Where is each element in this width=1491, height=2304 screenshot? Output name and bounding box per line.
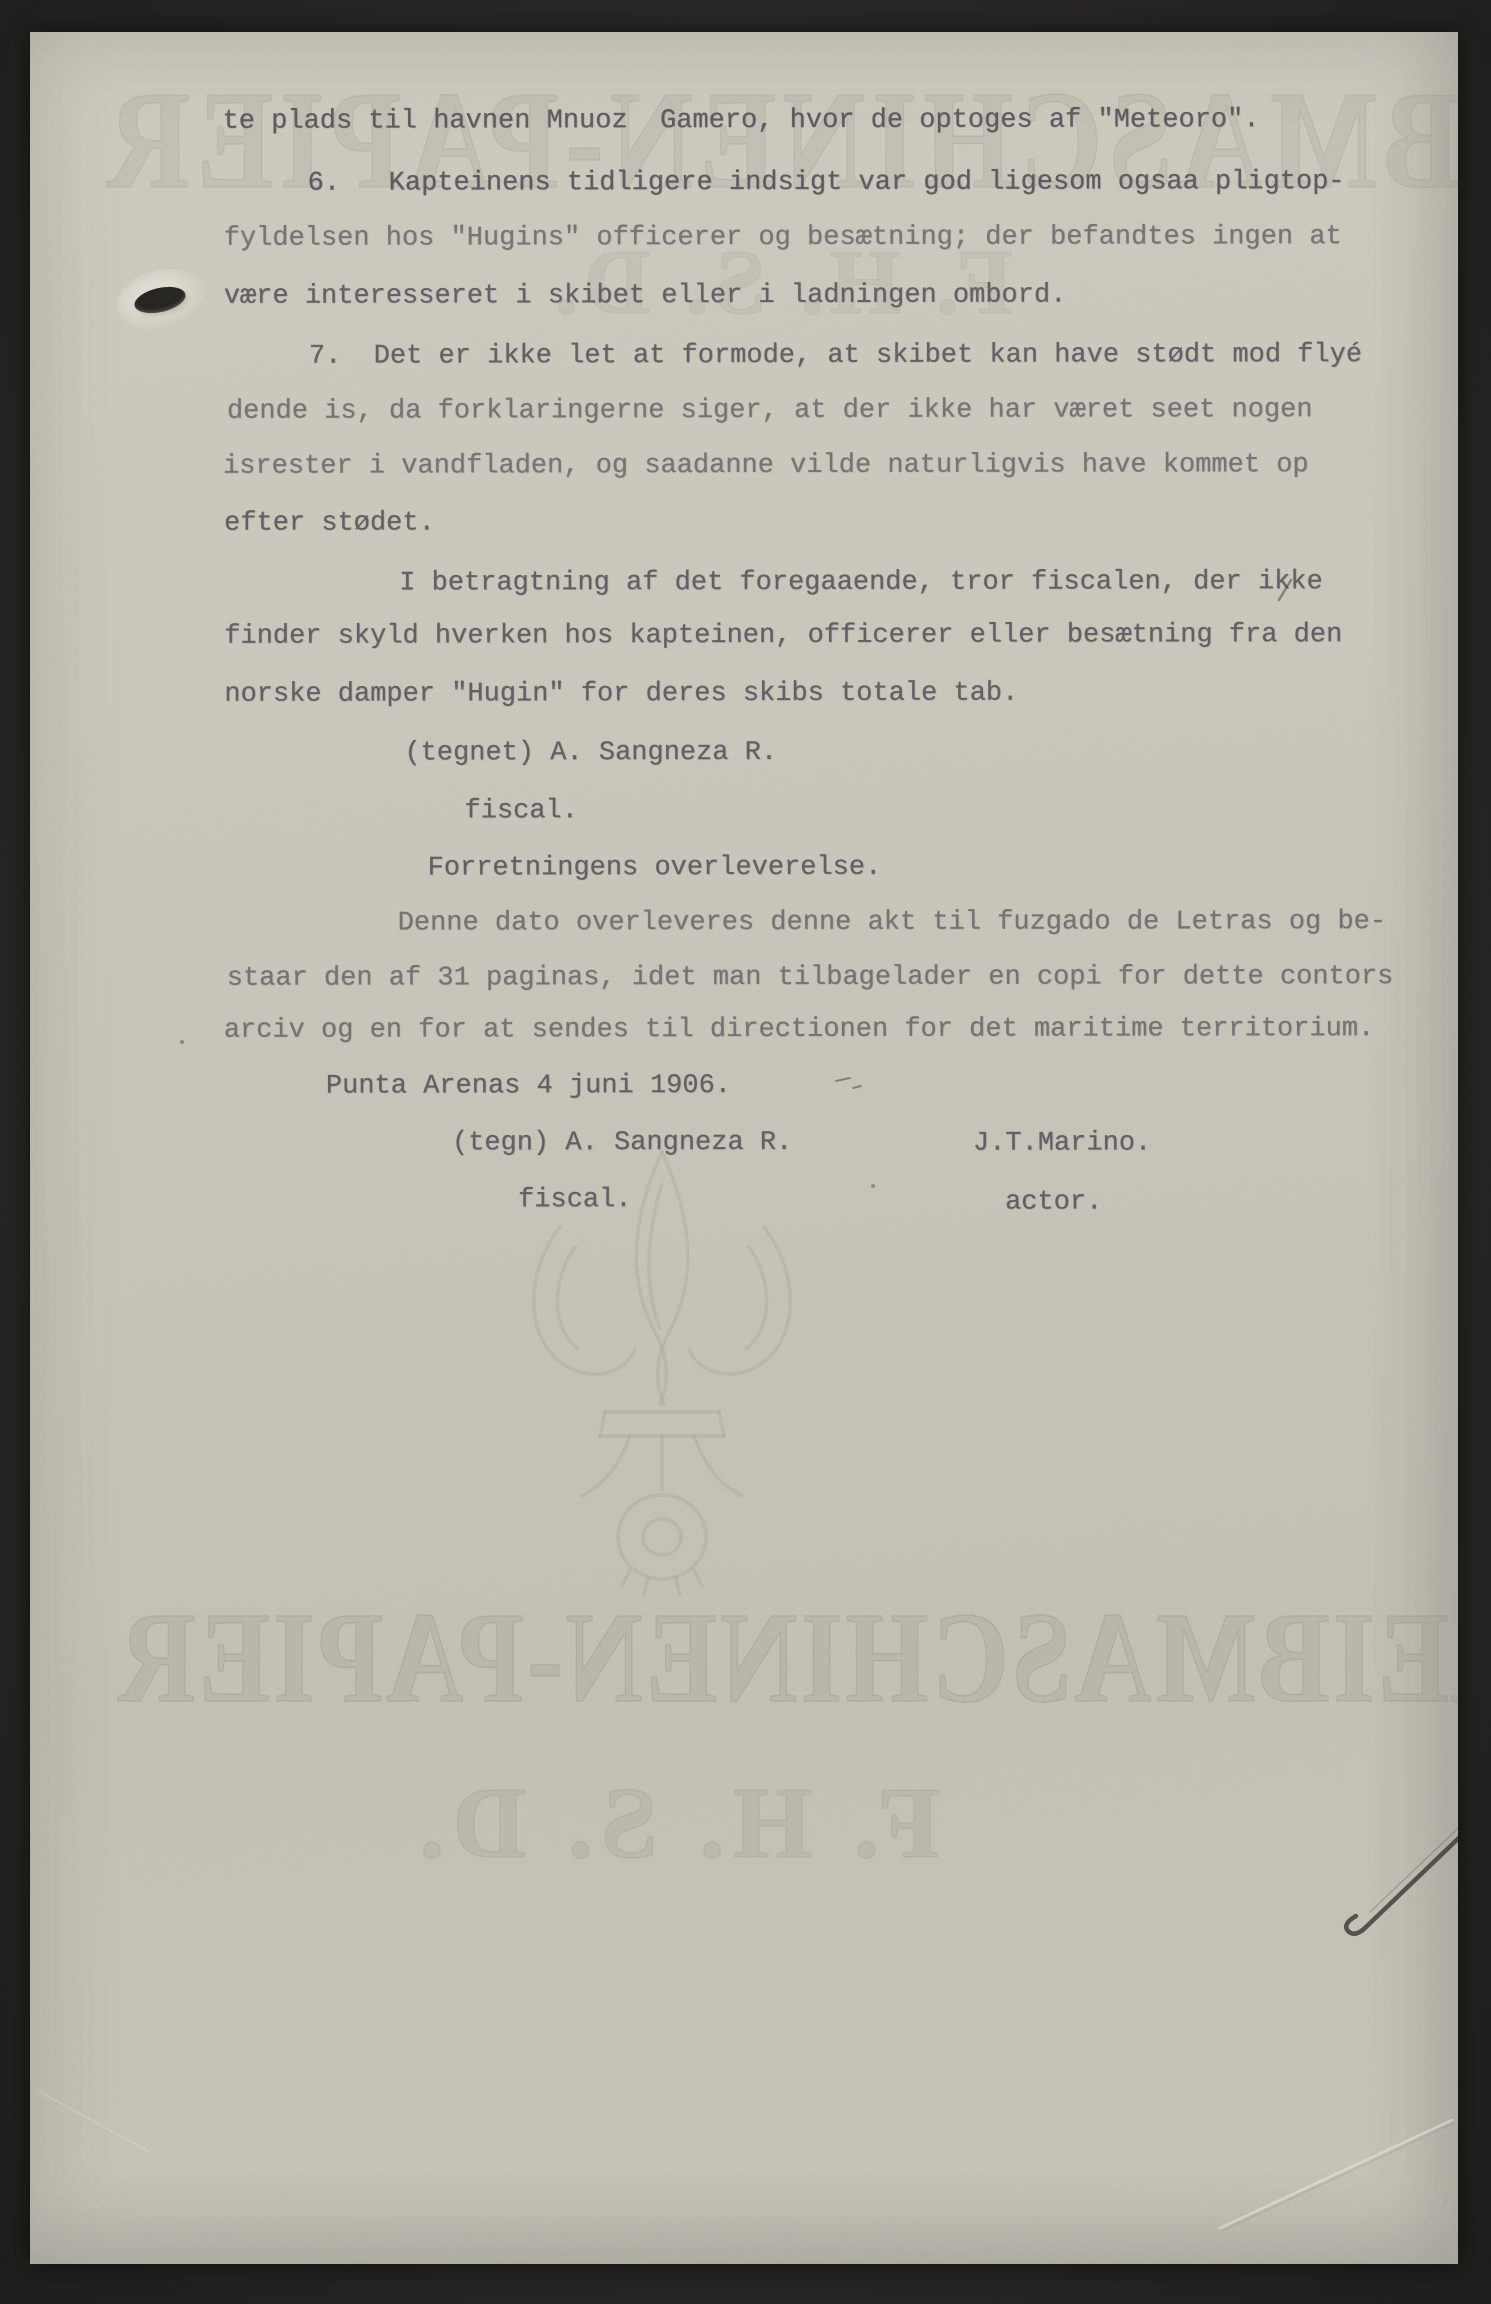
typed-line: finder skyld hverken hos kapteinen, offi… bbox=[224, 618, 1342, 654]
typed-line: efter stødet. bbox=[224, 506, 435, 540]
typed-line: arciv og en for at sendes til directione… bbox=[224, 1012, 1374, 1048]
scan-backdrop: SCHREIBMASCHINEN-PAPIER F. H. S. D. SCHR… bbox=[0, 0, 1491, 2304]
typed-line-signature: (tegnet) A. Sangneza R. bbox=[404, 736, 777, 771]
typed-line: 6. Kapteinens tidligere indsigt var god … bbox=[308, 165, 1345, 200]
typed-line-signature: J.T.Marino. bbox=[973, 1126, 1151, 1160]
typed-line: 7. Det er ikke let at formode, at skibet… bbox=[309, 338, 1362, 373]
typed-line: fyldelsen hos "Hugins" officerer og besæ… bbox=[224, 220, 1342, 256]
typed-line: norske damper "Hugin" for deres skibs to… bbox=[224, 677, 1018, 712]
typed-line: Denne dato overleveres denne akt til fuz… bbox=[398, 905, 1386, 940]
typed-line: te plads til havnen Mnuoz Gamero, hvor d… bbox=[223, 103, 1260, 138]
typed-line-signature-title: actor. bbox=[1005, 1185, 1102, 1219]
typed-line: dende is, da forklaringerne siger, at de… bbox=[227, 393, 1313, 429]
typed-line-dateline: Punta Arenas 4 juni 1906. bbox=[326, 1069, 731, 1104]
typed-line: være interesseret i skibet eller i ladni… bbox=[224, 279, 1067, 314]
document-page: SCHREIBMASCHINEN-PAPIER F. H. S. D. SCHR… bbox=[30, 32, 1458, 2264]
typed-line: staar den af 31 paginas, idet man tilbag… bbox=[227, 960, 1394, 996]
typed-line: I betragtning af det foregaaende, tror f… bbox=[399, 565, 1323, 600]
typed-text-block: te plads til havnen Mnuoz Gamero, hvor d… bbox=[30, 32, 1458, 2264]
typed-line: isrester i vandfladen, og saadanne vilde… bbox=[223, 448, 1309, 484]
typed-line-heading: Forretningens overleverelse. bbox=[428, 851, 882, 886]
typed-line-signature-title: fiscal. bbox=[465, 794, 578, 828]
typed-line-signature-title: fiscal. bbox=[518, 1183, 631, 1217]
typed-line-signature: (tegn) A. Sangneza R. bbox=[452, 1126, 792, 1160]
